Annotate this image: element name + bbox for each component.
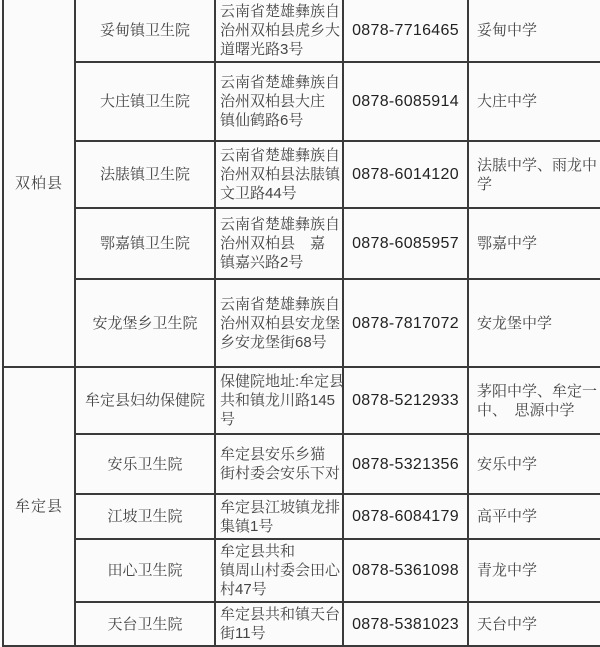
address-cell: 云南省楚雄彝族自 治州双柏县安龙堡 乡安龙堡街68号 [215, 279, 343, 367]
county-cell: 牟定县 [3, 367, 75, 646]
hospital-cell: 安乐卫生院 [75, 434, 215, 494]
school-cell: 高平中学 [468, 494, 600, 539]
table-row: 鄂嘉镇卫生院 云南省楚雄彝族自 治州双柏县 嘉 镇嘉兴路2号 0878-6085… [3, 208, 600, 279]
hospital-cell: 天台卫生院 [75, 602, 215, 646]
address-cell: 牟定县共和镇天台 街11号 [215, 602, 343, 646]
table-row: 天台卫生院 牟定县共和镇天台 街11号 0878-5381023 天台中学 [3, 602, 600, 646]
hospital-cell: 江坡卫生院 [75, 494, 215, 539]
phone-cell: 0878-6085914 [343, 62, 468, 141]
school-cell: 大庄中学 [468, 62, 600, 141]
address-cell: 牟定县共和 镇周山村委会田心 村47号 [215, 539, 343, 602]
school-cell: 鄂嘉中学 [468, 208, 600, 279]
address-cell: 牟定县安乐乡猫 街村委会安乐下对 [215, 434, 343, 494]
phone-cell: 0878-5381023 [343, 602, 468, 646]
phone-cell: 0878-7716465 [343, 0, 468, 62]
table-row: 安龙堡乡卫生院 云南省楚雄彝族自 治州双柏县安龙堡 乡安龙堡街68号 0878-… [3, 279, 600, 367]
table-row: 牟定县 牟定县妇幼保健院 保健院地址:牟定县 共和镇龙川路145 号 0878-… [3, 367, 600, 434]
table-row: 大庄镇卫生院 云南省楚雄彝族自 治州双柏县大庄 镇仙鹤路6号 0878-6085… [3, 62, 600, 141]
hospital-cell: 鄂嘉镇卫生院 [75, 208, 215, 279]
school-cell: 妥甸中学 [468, 0, 600, 62]
school-cell: 茅阳中学、牟定一 中、 思源中学 [468, 367, 600, 434]
table-row: 法脿镇卫生院 云南省楚雄彝族自 治州双柏县法脿镇 文卫路44号 0878-601… [3, 141, 600, 208]
hospital-cell: 大庄镇卫生院 [75, 62, 215, 141]
table-row: 江坡卫生院 牟定县江坡镇龙排 集镇1号 0878-6084179 高平中学 [3, 494, 600, 539]
phone-cell: 0878-5361098 [343, 539, 468, 602]
school-cell: 安乐中学 [468, 434, 600, 494]
school-cell: 法脿中学、雨龙中 学 [468, 141, 600, 208]
hospital-cell: 妥甸镇卫生院 [75, 0, 215, 62]
table-row: 安乐卫生院 牟定县安乐乡猫 街村委会安乐下对 0878-5321356 安乐中学 [3, 434, 600, 494]
hospital-cell: 安龙堡乡卫生院 [75, 279, 215, 367]
hospital-cell: 法脿镇卫生院 [75, 141, 215, 208]
address-cell: 云南省楚雄彝族自 治州双柏县 嘉 镇嘉兴路2号 [215, 208, 343, 279]
school-cell: 安龙堡中学 [468, 279, 600, 367]
table-row: 田心卫生院 牟定县共和 镇周山村委会田心 村47号 0878-5361098 青… [3, 539, 600, 602]
phone-cell: 0878-6084179 [343, 494, 468, 539]
address-cell: 云南省楚雄彝族自 治州双柏县大庄 镇仙鹤路6号 [215, 62, 343, 141]
address-cell: 云南省楚雄彝族自 治州双柏县虎乡大 道曙光路3号 [215, 0, 343, 62]
page: 双柏县 妥甸镇卫生院 云南省楚雄彝族自 治州双柏县虎乡大 道曙光路3号 0878… [0, 0, 600, 647]
county-cell: 双柏县 [3, 0, 75, 367]
school-cell: 天台中学 [468, 602, 600, 646]
phone-cell: 0878-7817072 [343, 279, 468, 367]
hospital-cell: 牟定县妇幼保健院 [75, 367, 215, 434]
phone-cell: 0878-6014120 [343, 141, 468, 208]
phone-cell: 0878-6085957 [343, 208, 468, 279]
school-cell: 青龙中学 [468, 539, 600, 602]
phone-cell: 0878-5212933 [343, 367, 468, 434]
phone-cell: 0878-5321356 [343, 434, 468, 494]
address-cell: 保健院地址:牟定县 共和镇龙川路145 号 [215, 367, 343, 434]
hospital-cell: 田心卫生院 [75, 539, 215, 602]
address-cell: 云南省楚雄彝族自 治州双柏县法脿镇 文卫路44号 [215, 141, 343, 208]
table-row: 双柏县 妥甸镇卫生院 云南省楚雄彝族自 治州双柏县虎乡大 道曙光路3号 0878… [3, 0, 600, 62]
address-cell: 牟定县江坡镇龙排 集镇1号 [215, 494, 343, 539]
hospital-contact-table: 双柏县 妥甸镇卫生院 云南省楚雄彝族自 治州双柏县虎乡大 道曙光路3号 0878… [2, 0, 600, 647]
